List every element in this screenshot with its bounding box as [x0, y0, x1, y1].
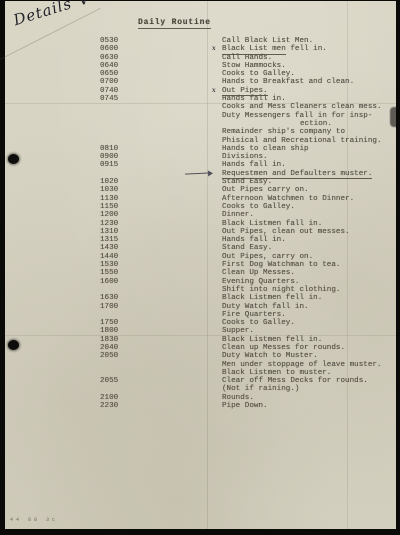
entry-time: 0640 [100, 62, 118, 70]
routine-entry: Cooks and Mess Cleaners clean mess. [5, 103, 396, 111]
routine-entry: 2055 Clear off Mess Decks for rounds. [5, 377, 396, 385]
routine-entry: 0640 Stow Hammocks. [5, 62, 396, 70]
handwritten-note: DetailsV [11, 0, 95, 29]
entry-activity-text: Call Hands. [222, 54, 272, 62]
entry-activity: Men under stoppage of leave muster. [222, 361, 382, 369]
entry-activity: Black Listmen fell in. [222, 294, 322, 302]
routine-entry: 2100 Rounds. [5, 394, 396, 402]
entry-activity: Requestmen and Defaulters muster. [222, 170, 372, 178]
entry-activity-text: Out Pipes, carry on. [222, 253, 313, 261]
entry-activity-text: Cooks and Mess Cleaners clean mess. [222, 103, 382, 111]
routine-entry: 1750 Cooks to Galley. [5, 319, 396, 327]
archive-pencil-marks: 44 88 3c [10, 517, 58, 523]
routine-entry: Phisical and Recreational training. [5, 137, 396, 145]
routine-entry: 1130 Afternoon Watchmen to Dinner. [5, 195, 396, 203]
routine-entry: 1630 Black Listmen fell in. [5, 294, 396, 302]
entry-activity-text: Hands to Breakfast and clean. [222, 78, 354, 86]
entry-activity: Evening Quarters. [222, 278, 299, 286]
entry-activity: Dinner. [222, 211, 254, 219]
document-page: DetailsV Daily Routine 0530 Call Black L… [5, 1, 396, 529]
entry-activity: Phisical and Recreational training. [222, 137, 382, 145]
routine-list: 0530 Call Black List Men. 0600 x Black L… [5, 37, 396, 410]
entry-time: 0700 [100, 78, 118, 86]
entry-activity-text: Clean Up Messes. [222, 269, 295, 277]
entry-activity: Hands fall in. [222, 161, 286, 169]
entry-activity-text: Stand Easy. [222, 244, 272, 252]
entry-activity-text: Clean up Messes for rounds. [222, 344, 345, 352]
entry-time: 0915 [100, 161, 118, 169]
entry-activity-text: Divisions. [222, 153, 268, 161]
routine-entry: 2050 Duty Watch to Muster. [5, 352, 396, 360]
entry-time: 1550 [100, 269, 118, 277]
entry-activity-text: First Dog Watchman to tea. [222, 261, 340, 269]
routine-entry: Duty Messengers fall in for insp- [5, 112, 396, 120]
entry-activity-text: Black Listmen fell in. [222, 294, 322, 302]
entry-time: 1600 [100, 278, 118, 286]
entry-activity-text: Men under stoppage of leave muster. [222, 361, 382, 369]
routine-entry: 2040 Clean up Messes for rounds. [5, 344, 396, 352]
entry-time: 0810 [100, 145, 118, 153]
page-title: Daily Routine [138, 18, 211, 29]
entry-activity: Remainder ship's company to [222, 128, 345, 136]
entry-activity: Call Hands. [222, 54, 272, 62]
entry-activity: Supper. [222, 327, 254, 335]
entry-activity-text: Evening Quarters. [222, 278, 299, 286]
entry-activity-text: Hands to clean ship [222, 145, 309, 153]
check-mark: x [212, 86, 216, 94]
entry-activity: Black Listmen fall in. [222, 220, 322, 228]
entry-activity-text: Duty Watch to Muster. [222, 352, 318, 360]
routine-entry: 1150 Cooks to Galley. [5, 203, 396, 211]
entry-time: 0630 [100, 54, 118, 62]
entry-activity: Shift into night clothing. [222, 286, 340, 294]
entry-activity-text: Duty Messengers fall in for insp- [222, 112, 372, 120]
routine-entry: 1030 Out Pipes carry on. [5, 186, 396, 194]
entry-activity-text: Hands fall in. [222, 161, 286, 169]
entry-activity-text: Supper. [222, 327, 254, 335]
entry-activity-text: Out Pipes carry on. [222, 186, 309, 194]
routine-entry: 0900 Divisions. [5, 153, 396, 161]
entry-activity-text: Hands fall in. [222, 95, 286, 103]
entry-activity-text: ection. [300, 120, 332, 128]
entry-time: 2100 [100, 394, 118, 402]
routine-entry: 0700 Hands to Breakfast and clean. [5, 78, 396, 86]
entry-time: 1030 [100, 186, 118, 194]
entry-time: 1430 [100, 244, 118, 252]
routine-entry: 0600 x Black List men fell in. [5, 45, 396, 53]
entry-time: 1310 [100, 228, 118, 236]
entry-activity: Clean Up Messes. [222, 269, 295, 277]
entry-activity-text: Pipe Down. [222, 402, 268, 410]
routine-entry: 1530 First Dog Watchman to tea. [5, 261, 396, 269]
entry-activity-text: (Not if raining.) [222, 385, 299, 393]
routine-entry: Fire Quarters. [5, 311, 396, 319]
entry-activity: Cooks to Galley. [222, 203, 295, 211]
entry-time: 1630 [100, 294, 118, 302]
entry-activity-text: Dinner. [222, 211, 254, 219]
entry-activity-text: Rounds. [222, 394, 254, 402]
routine-entry: 1830 Black Listmen fell in. [5, 336, 396, 344]
entry-time: 1830 [100, 336, 118, 344]
entry-time: 2050 [100, 352, 118, 360]
routine-entry: 1200 Dinner. [5, 211, 396, 219]
entry-time: 0740 [100, 87, 118, 95]
routine-entry: 1020 Stand Easy. [5, 178, 396, 186]
routine-entry: 0530 Call Black List Men. [5, 37, 396, 45]
punch-hole-dot [8, 340, 19, 350]
entry-activity: Stow Hammocks. [222, 62, 286, 70]
entry-activity: Duty Watch fall in. [222, 303, 309, 311]
entry-time: 1200 [100, 211, 118, 219]
routine-entry: 1800 Supper. [5, 327, 396, 335]
check-mark: x [212, 44, 216, 52]
scan-edge-smudge [390, 107, 397, 127]
routine-entry: 1315 Hands fall in. [5, 236, 396, 244]
punch-hole-dot [8, 154, 19, 164]
entry-activity-text: Remainder ship's company to [222, 128, 345, 136]
entry-activity-text: Black Listmen fall in. [222, 220, 322, 228]
routine-entry: (Not if raining.) [5, 385, 396, 393]
entry-activity: Out Pipes carry on. [222, 186, 309, 194]
entry-activity-text: Clear off Mess Decks for rounds. [222, 377, 368, 385]
entry-time: 2230 [100, 402, 118, 410]
entry-activity: Black List men fell in. [222, 45, 327, 53]
entry-activity: Fire Quarters. [222, 311, 286, 319]
entry-activity: Pipe Down. [222, 402, 268, 410]
entry-activity-text: Phisical and Recreational training. [222, 137, 382, 145]
entry-time: 0600 [100, 45, 118, 53]
entry-activity-text: Fire Quarters. [222, 311, 286, 319]
entry-activity: Cooks and Mess Cleaners clean mess. [222, 103, 382, 111]
entry-time: 1230 [100, 220, 118, 228]
routine-entry: Remainder ship's company to [5, 128, 396, 136]
entry-activity: Out Pipes, clean out messes. [222, 228, 350, 236]
entry-time: 1440 [100, 253, 118, 261]
entry-activity-text: Cooks to Galley. [222, 203, 295, 211]
routine-entry: 2230 Pipe Down. [5, 402, 396, 410]
entry-time: 0745 [100, 95, 118, 103]
entry-activity-text: Call Black List Men. [222, 37, 313, 45]
entry-activity-text: Black Listmen to muster. [222, 369, 331, 377]
pencil-arrow-icon [185, 173, 211, 176]
routine-entry: 1550 Clean Up Messes. [5, 269, 396, 277]
entry-activity-text: Out Pipes, clean out messes. [222, 228, 350, 236]
entry-activity: Stand Easy. [222, 244, 272, 252]
entry-time: 1130 [100, 195, 118, 203]
entry-activity: (Not if raining.) [222, 385, 299, 393]
entry-time: 2055 [100, 377, 118, 385]
entry-activity: Afternoon Watchmen to Dinner. [222, 195, 354, 203]
entry-activity-text: Afternoon Watchmen to Dinner. [222, 195, 354, 203]
entry-activity-text: fell in. [286, 45, 327, 53]
routine-entry: 1430 Stand Easy. [5, 244, 396, 252]
routine-entry: 1230 Black Listmen fall in. [5, 220, 396, 228]
routine-entry: Black Listmen to muster. [5, 369, 396, 377]
entry-activity: Duty Watch to Muster. [222, 352, 318, 360]
routine-entry: 0810 Hands to clean ship [5, 145, 396, 153]
entry-activity-text: Shift into night clothing. [222, 286, 340, 294]
routine-entry: 1310 Out Pipes, clean out messes. [5, 228, 396, 236]
routine-entry: 0740 x Out Pipes. [5, 87, 396, 95]
routine-entry: 0915 Hands fall in. [5, 161, 396, 169]
entry-activity-text: Stand Easy. [222, 178, 272, 186]
entry-activity: Hands to Breakfast and clean. [222, 78, 354, 86]
entry-activity: Hands to clean ship [222, 145, 309, 153]
routine-entry: 1600 Evening Quarters. [5, 278, 396, 286]
entry-activity-text: Cooks to Galley. [222, 70, 295, 78]
routine-entry: 1440 Out Pipes, carry on. [5, 253, 396, 261]
entry-activity-text: Black Listmen fell in. [222, 336, 322, 344]
entry-activity: Rounds. [222, 394, 254, 402]
entry-activity: Black Listmen fell in. [222, 336, 322, 344]
entry-time: 1800 [100, 327, 118, 335]
routine-entry: Requestmen and Defaulters muster. [5, 170, 396, 178]
entry-activity: Black Listmen to muster. [222, 369, 331, 377]
routine-entry: Shift into night clothing. [5, 286, 396, 294]
entry-activity-text: Cooks to Galley. [222, 319, 295, 327]
entry-activity-text: Duty Watch fall in. [222, 303, 309, 311]
routine-entry: Men under stoppage of leave muster. [5, 361, 396, 369]
entry-time: 1150 [100, 203, 118, 211]
entry-activity: Out Pipes. [222, 87, 268, 95]
entry-activity-text: Hands fall in. [222, 236, 286, 244]
routine-entry: 1700 Duty Watch fall in. [5, 303, 396, 311]
entry-activity: Duty Messengers fall in for insp- [222, 112, 372, 120]
roman-numeral: V [73, 0, 95, 10]
routine-entry: 0630 Call Hands. [5, 54, 396, 62]
entry-activity: Out Pipes, carry on. [222, 253, 313, 261]
entry-activity-text: Stow Hammocks. [222, 62, 286, 70]
entry-time: 1700 [100, 303, 118, 311]
scan-frame: DetailsV Daily Routine 0530 Call Black L… [0, 0, 400, 535]
